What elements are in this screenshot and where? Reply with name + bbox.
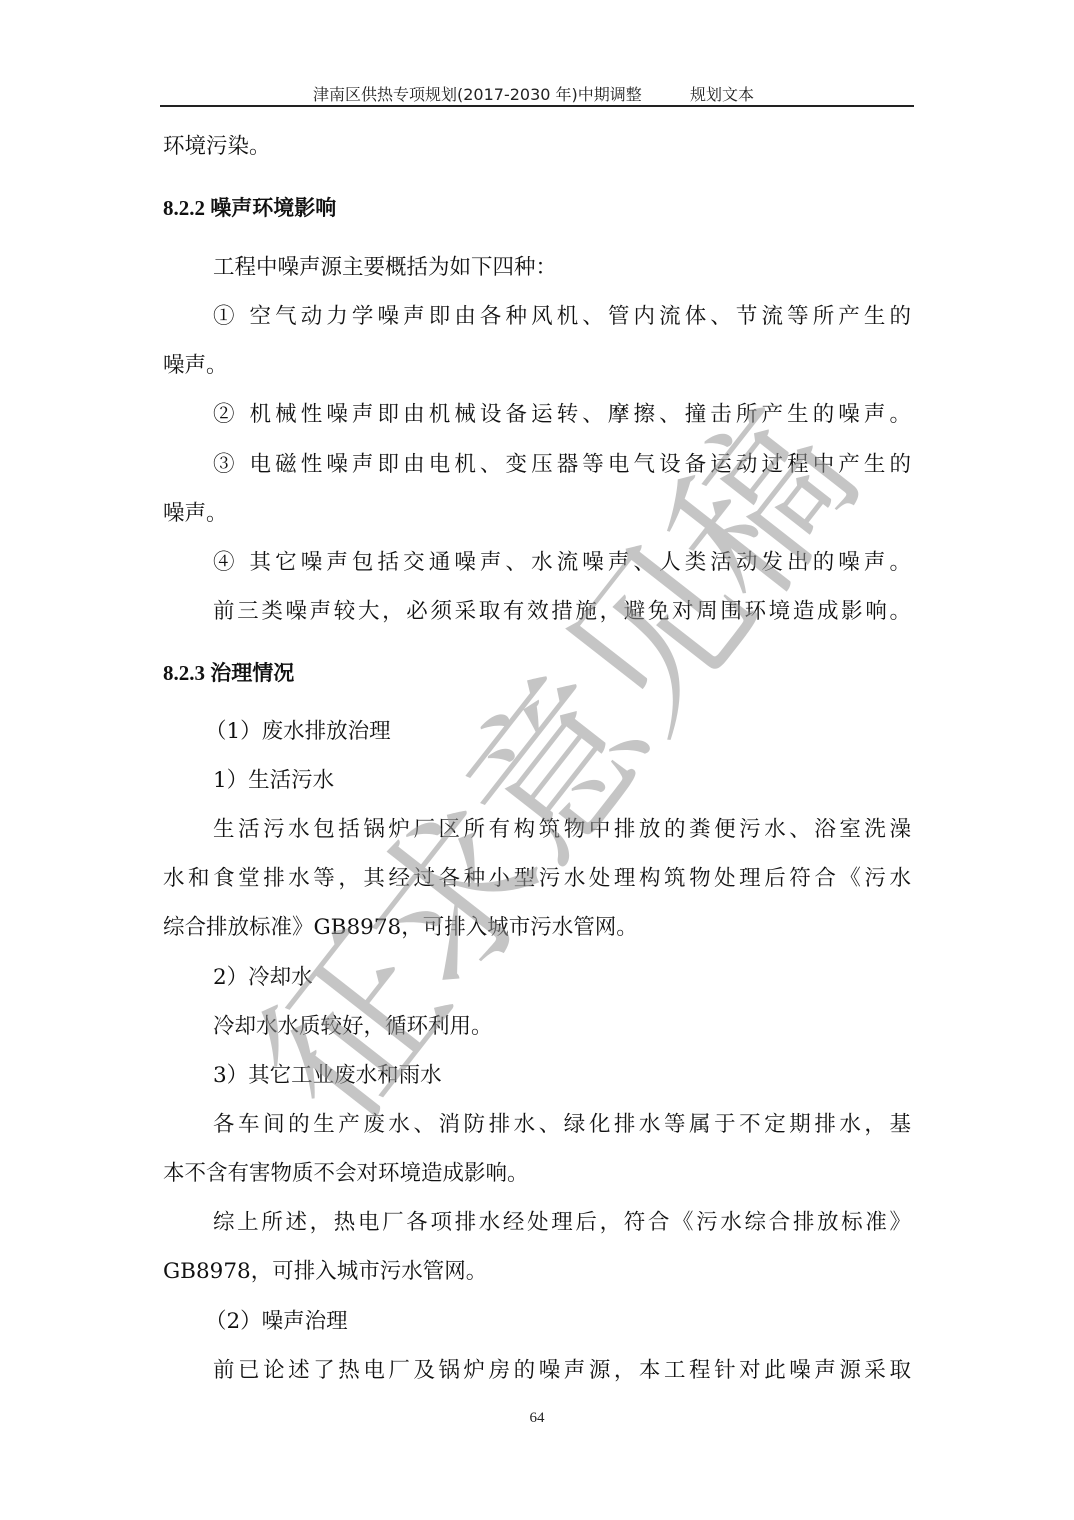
header-title: 津南区供热专项规划(2017-2030 年)中期调整 xyxy=(313,82,642,105)
paragraph: 冷却水水质较好，循环利用。 xyxy=(213,1013,493,1041)
list-item: ① 空气动力学噪声即由各种风机、管内流体、节流等所产生的 xyxy=(213,303,911,331)
page-header: 津南区供热专项规划(2017-2030 年)中期调整 规划文本 xyxy=(160,78,914,106)
subsection-heading: 1）生活污水 xyxy=(213,767,334,795)
section-heading-8-2-3: 8.2.3 治理情况 xyxy=(163,659,294,687)
subsection-heading: 3）其它工业废水和雨水 xyxy=(213,1062,442,1090)
list-item-continuation: 噪声。 xyxy=(163,500,228,528)
subsection-heading: （1）废水排放治理 xyxy=(205,718,391,746)
list-item: ④ 其它噪声包括交通噪声、水流噪声、人类活动发出的噪声。 xyxy=(213,549,911,577)
paragraph: 各车间的生产废水、消防排水、绿化排水等属于不定期排水，基 xyxy=(213,1111,911,1139)
header-rule xyxy=(160,105,914,107)
list-item: ③ 电磁性噪声即由电机、变压器等电气设备运动过程中产生的 xyxy=(213,451,911,479)
paragraph: 本不含有害物质不会对环境造成影响。 xyxy=(163,1160,529,1188)
paragraph: 综上所述，热电厂各项排水经处理后，符合《污水综合排放标准》 xyxy=(213,1209,911,1237)
list-item-continuation: 噪声。 xyxy=(163,352,228,380)
header-subtitle: 规划文本 xyxy=(690,82,754,105)
paragraph: 综合排放标准》GB8978，可排入城市污水管网。 xyxy=(163,914,638,942)
subsection-heading: （2）噪声治理 xyxy=(205,1308,348,1336)
page-number: 64 xyxy=(0,1410,1074,1427)
paragraph: 前三类噪声较大，必须采取有效措施，避免对周围环境造成影响。 xyxy=(213,598,911,626)
paragraph: 水和食堂排水等，其经过各种小型污水处理构筑物处理后符合《污水 xyxy=(163,865,911,893)
list-item: ② 机械性噪声即由机械设备运转、摩擦、撞击所产生的噪声。 xyxy=(213,401,911,429)
paragraph: 工程中噪声源主要概括为如下四种： xyxy=(213,254,557,282)
section-heading-8-2-2: 8.2.2 噪声环境影响 xyxy=(163,194,336,222)
paragraph: 生活污水包括锅炉厂区所有构筑物中排放的粪便污水、浴室洗澡 xyxy=(213,816,911,844)
subsection-heading: 2）冷却水 xyxy=(213,964,313,992)
paragraph: 前已论述了热电厂及锅炉房的噪声源，本工程针对此噪声源采取 xyxy=(213,1357,911,1385)
paragraph-continuation: 环境污染。 xyxy=(163,133,271,161)
paragraph: GB8978，可排入城市污水管网。 xyxy=(163,1258,487,1286)
